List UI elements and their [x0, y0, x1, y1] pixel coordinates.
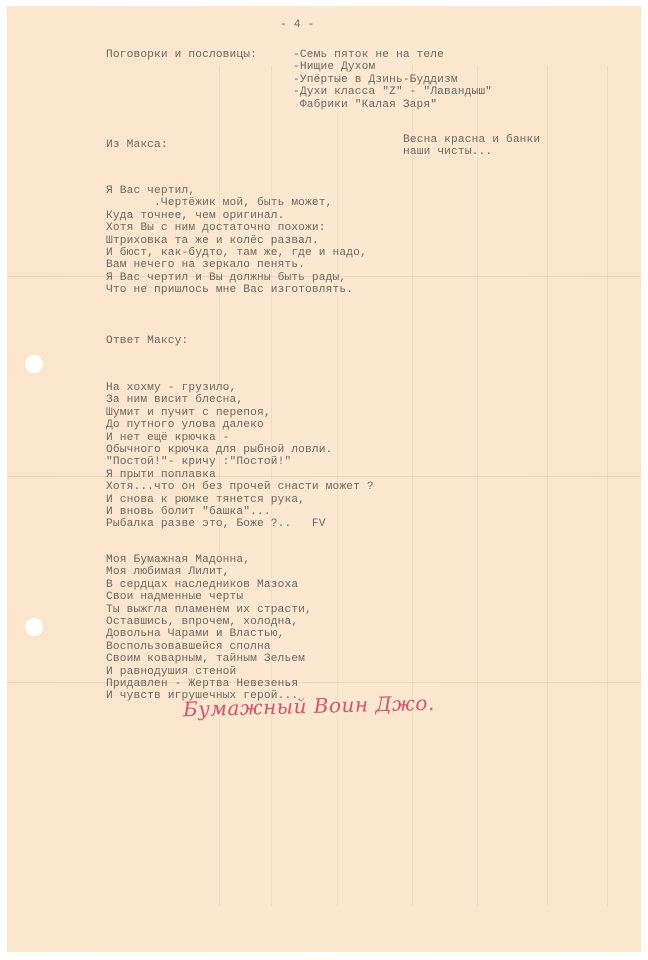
- poem-line: Я Вас чертил и Вы должны быть рады,: [106, 272, 367, 284]
- poem-line: И нет ещё крючка -: [106, 432, 374, 444]
- poem-line: Довольна Чарами и Властью,: [106, 628, 312, 640]
- poem-line: Моя Бумажная Мадонна,: [106, 554, 312, 566]
- poem-line: Хотя Вы с ним достаточно похожи:: [106, 222, 367, 234]
- poem-line: Рыбалка разве это, Боже ?.. FV: [106, 518, 374, 530]
- saying-item: -Семь пяток не на теле: [293, 49, 492, 61]
- poem-madonna: Моя Бумажная Мадонна, Моя любимая Лилит,…: [106, 554, 312, 703]
- page-number: - 4 -: [280, 19, 314, 31]
- poem-line: Своим коварным, тайным Зельем: [106, 653, 312, 665]
- poem-line: И равнодушия стеной: [106, 666, 312, 678]
- fold-line: [7, 682, 641, 683]
- poem-line: .Чертёжик мой, быть может,: [106, 197, 367, 209]
- poem-line: Я прыти поплавка: [106, 469, 374, 481]
- poem-line: Свои надменные черты: [106, 591, 312, 603]
- poem-line: Я Вас чертил,: [106, 185, 367, 197]
- punch-hole: [25, 618, 43, 636]
- poem-line: Воспользовавшейся сполна: [106, 641, 312, 653]
- poem-line: Обычного крючка для рыбной ловли.: [106, 444, 374, 456]
- poem-line: На хохму - грузило,: [106, 382, 374, 394]
- poem-line: За ним висит блесна,: [106, 394, 374, 406]
- saying-item: -Духи класса "Z" - "Лавандыш": [293, 86, 492, 98]
- poem-line: Хотя...что он без прочей снасти может ?: [106, 481, 374, 493]
- poem-line: Штриховка та же и колёс развал.: [106, 235, 367, 247]
- saying-item: -Упёртые в Дзинь-Буддизм: [293, 74, 492, 86]
- poem-line: Придавлен - Жертва Невезенья: [106, 678, 312, 690]
- poem-line: Шумит и пучит с перепоя,: [106, 407, 374, 419]
- poem-drawing: Я Вас чертил, .Чертёжик мой, быть может,…: [106, 185, 367, 297]
- show-through-rule: [547, 66, 548, 906]
- show-through-rule: [607, 66, 608, 906]
- poem-line: Моя любимая Лилит,: [106, 566, 312, 578]
- show-through-rule: [412, 66, 413, 906]
- show-through-rule: [477, 66, 478, 906]
- poem-line: Ты выжгла пламенем их страсти,: [106, 604, 312, 616]
- poem-line: Что не пришлось мне Вас изготовлять.: [106, 284, 367, 296]
- punch-hole: [25, 355, 43, 373]
- poem-line: Оставшись, впрочем, холодна,: [106, 616, 312, 628]
- poem-line: И бюст, как-будто, там же, где и надо,: [106, 247, 367, 259]
- poem-line: В сердцах наследников Мазоха: [106, 579, 312, 591]
- saying-item: Фабрики "Калая Заря": [293, 99, 492, 111]
- poem-line: И снова к рюмке тянется рука,: [106, 494, 374, 506]
- poem-line: Вам нечего на зеркало пенять.: [106, 259, 367, 271]
- poem-fishing: На хохму - грузило, За ним висит блесна,…: [106, 382, 374, 531]
- poem-line: До путного улова далеко: [106, 419, 374, 431]
- quote-line: наши чисты...: [403, 146, 540, 158]
- sayings-list: -Семь пяток не на теле -Нищие Духом -Упё…: [293, 49, 492, 111]
- quote-line: Весна красна и банки: [403, 134, 540, 146]
- poem-line: Куда точнее, чем оригинал.: [106, 210, 367, 222]
- from-max-label: Из Макса:: [106, 139, 168, 151]
- answer-max-label: Ответ Максу:: [106, 335, 188, 347]
- from-max-quote: Весна красна и банки наши чисты...: [403, 134, 540, 159]
- saying-item: -Нищие Духом: [293, 61, 492, 73]
- poem-line: И вновь болит "башка"...: [106, 506, 374, 518]
- sayings-label: Поговорки и пословицы:: [106, 49, 257, 61]
- poem-line: "Постой!"- кричу :"Постой!": [106, 456, 374, 468]
